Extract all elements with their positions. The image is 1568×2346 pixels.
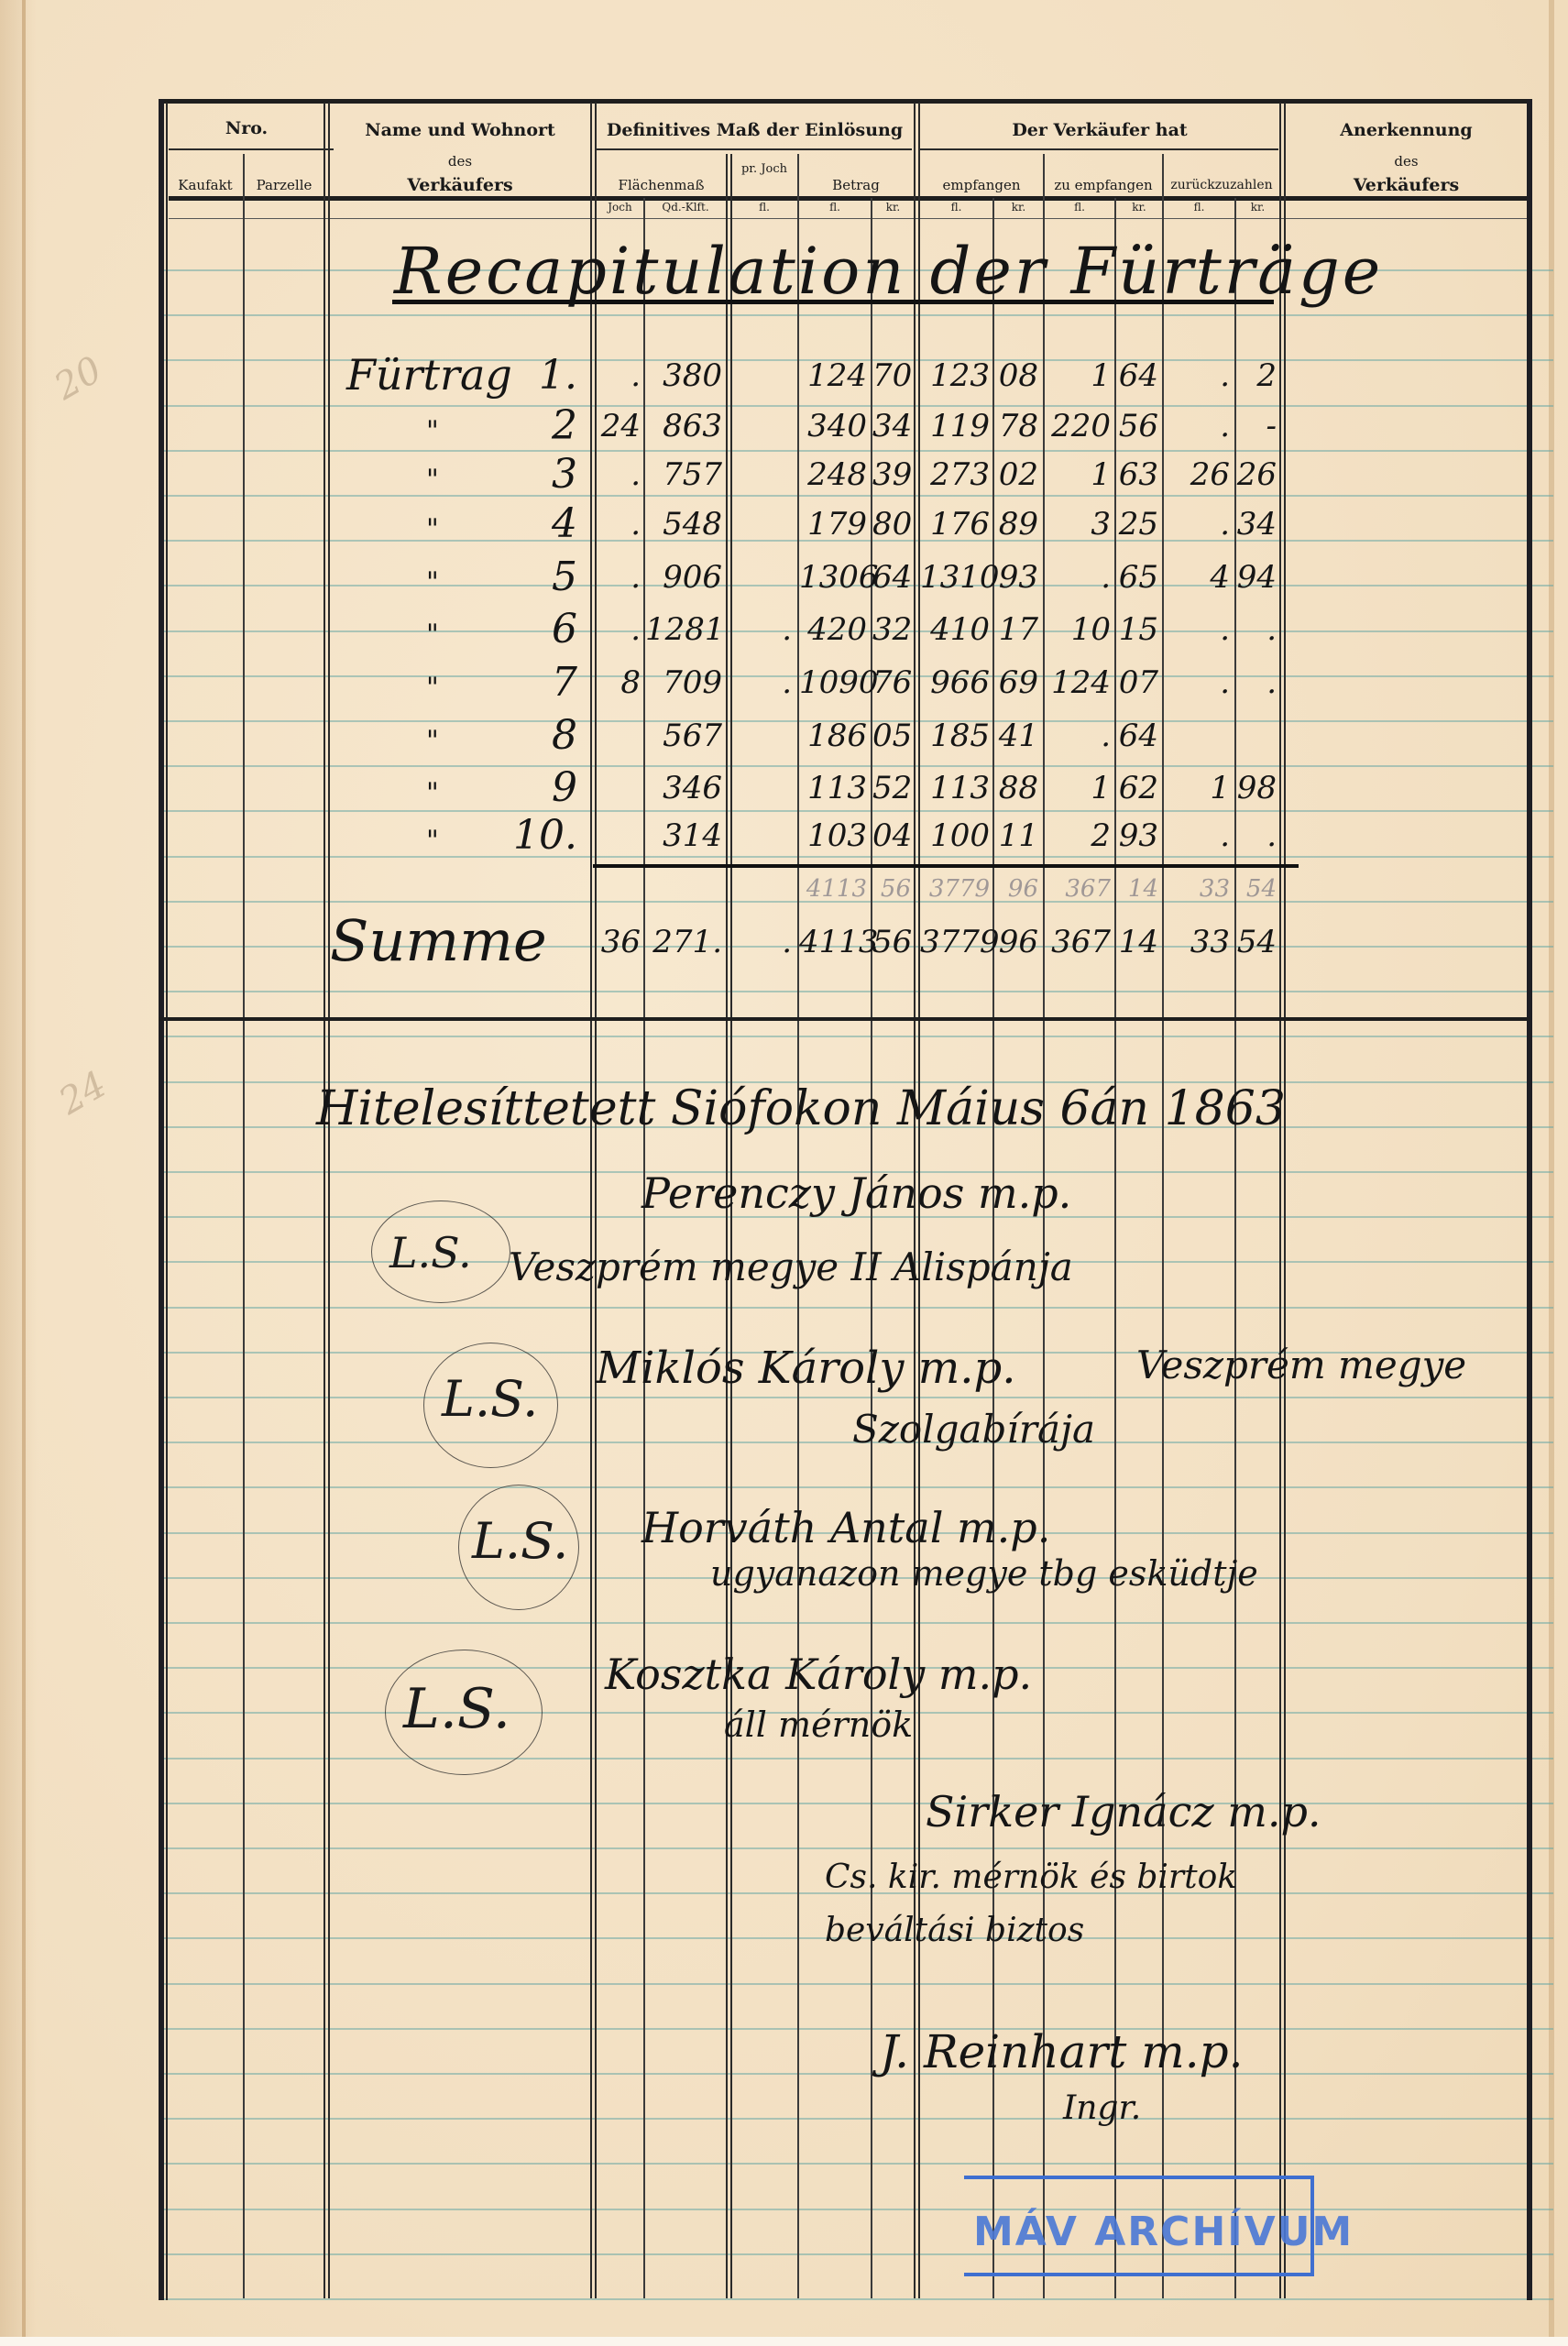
cell-zuempf-fl: 2 bbox=[1045, 817, 1111, 854]
ditto-mark: " bbox=[426, 566, 439, 598]
cell-klft: 314 bbox=[645, 817, 722, 854]
signature-name-2: Miklós Károly m.p. bbox=[596, 1343, 1016, 1394]
cell-zuempf-fl: . bbox=[1045, 718, 1111, 754]
cell-empf-fl: 410 bbox=[920, 611, 990, 648]
cell-empf-kr: 96 bbox=[994, 875, 1038, 903]
signature-title-1: Veszprém megye II Alispánja bbox=[509, 1244, 1073, 1289]
unit-zuempf-fl: fl. bbox=[1045, 201, 1114, 217]
cell-empf-kr: 78 bbox=[994, 408, 1038, 444]
unit-joch: Joch bbox=[597, 201, 643, 217]
cell-zurueck-fl: . bbox=[1164, 408, 1230, 444]
cell-empf-kr: 11 bbox=[994, 817, 1038, 854]
units-row-border bbox=[169, 218, 1527, 219]
cell-empf-fl: 123 bbox=[920, 357, 990, 394]
cell-empf-kr: 96 bbox=[994, 924, 1038, 960]
signature-title-6: Ingr. bbox=[1063, 2089, 1141, 2127]
col-line-name-a bbox=[323, 103, 325, 2298]
cell-empf-kr: 69 bbox=[994, 664, 1038, 701]
fuertrag-number: 8 bbox=[495, 712, 577, 759]
ditto-mark: " bbox=[426, 619, 439, 651]
cell-zurueck-fl: 26 bbox=[1164, 456, 1230, 493]
cell-empf-fl: 100 bbox=[920, 817, 990, 854]
header-parzelle: Parzelle bbox=[245, 178, 323, 193]
cell-zuempf-fl: 124 bbox=[1045, 664, 1111, 701]
cell-empf-fl: 1310 bbox=[920, 559, 990, 596]
header-betrag: Betrag bbox=[799, 178, 913, 193]
cell-empf-fl: 3779 bbox=[920, 924, 990, 960]
cell-zuempf-fl: . bbox=[1045, 559, 1111, 596]
cell-zurueck-kr: . bbox=[1236, 664, 1277, 701]
cell-klft: 1281 bbox=[645, 611, 722, 648]
ditto-mark: " bbox=[426, 777, 439, 809]
page-fold-left bbox=[22, 0, 26, 2346]
cell-joch: 36 bbox=[597, 924, 641, 960]
col-line-name-b bbox=[328, 103, 330, 2298]
col-line-anerk-b bbox=[1284, 103, 1286, 2298]
section-divider bbox=[159, 1017, 1530, 1021]
header-divider-nro bbox=[169, 148, 334, 150]
cell-klft: 271. bbox=[645, 924, 722, 960]
header-empfangen: empfangen bbox=[920, 178, 1043, 193]
header-mass: Definitives Maß der Einlösung bbox=[597, 121, 913, 141]
cell-zuempf-kr: 25 bbox=[1116, 506, 1158, 543]
cell-zuempf-kr: 14 bbox=[1116, 875, 1158, 903]
unit-empf-kr: kr. bbox=[994, 201, 1043, 217]
ruled-line bbox=[160, 1397, 1553, 1398]
cell-zurueck-kr: 26 bbox=[1236, 456, 1277, 493]
cell-zuempf-kr: 64 bbox=[1116, 718, 1158, 754]
ditto-mark: " bbox=[426, 725, 439, 757]
signature-name-5: Sirker Ignácz m.p. bbox=[926, 1787, 1321, 1836]
cell-zurueck-fl: 33 bbox=[1164, 924, 1230, 960]
cell-betrag-fl: 4113 bbox=[799, 875, 867, 903]
ditto-mark: " bbox=[426, 513, 439, 545]
cell-zuempf-kr: 62 bbox=[1116, 770, 1158, 806]
table-top-border bbox=[159, 99, 1532, 104]
cell-pr-joch: . bbox=[731, 664, 792, 701]
signature-title-3: ugyanazon megye tbg esküdtje bbox=[710, 1553, 1258, 1594]
header-zurueckzuzahlen: zurückzuzahlen bbox=[1164, 178, 1279, 192]
header-flaechenmass: Flächenmaß bbox=[597, 178, 726, 193]
cell-betrag-kr: 52 bbox=[872, 770, 911, 806]
cell-betrag-kr: 39 bbox=[872, 456, 911, 493]
cell-betrag-fl: 179 bbox=[799, 506, 867, 543]
cell-joch: . bbox=[597, 456, 641, 493]
cell-betrag-kr: 70 bbox=[872, 357, 911, 394]
cell-empf-fl: 273 bbox=[920, 456, 990, 493]
cell-joch: . bbox=[597, 357, 641, 394]
unit-zurueck-fl: fl. bbox=[1164, 201, 1234, 217]
cell-zuempf-fl: 10 bbox=[1045, 611, 1111, 648]
cell-betrag-kr: 76 bbox=[872, 664, 911, 701]
header-name-verkaeufers: Verkäufers bbox=[330, 176, 590, 196]
ruled-line bbox=[160, 450, 1553, 452]
cell-joch: . bbox=[597, 506, 641, 543]
page-bottom-edge bbox=[0, 2337, 1568, 2346]
cell-klft: 709 bbox=[645, 664, 722, 701]
ruled-line bbox=[160, 810, 1553, 812]
header-divider-mass bbox=[596, 148, 912, 150]
cell-zurueck-fl: 1 bbox=[1164, 770, 1230, 806]
cell-betrag-kr: 80 bbox=[872, 506, 911, 543]
cell-betrag-fl: 186 bbox=[799, 718, 867, 754]
ruled-line bbox=[160, 1622, 1553, 1624]
cell-zuempf-fl: 220 bbox=[1045, 408, 1111, 444]
header-zu-empfangen: zu empfangen bbox=[1045, 178, 1162, 193]
ruled-line bbox=[160, 2073, 1553, 2075]
cell-empf-kr: 93 bbox=[994, 559, 1038, 596]
cell-zuempf-kr: 65 bbox=[1116, 559, 1158, 596]
cell-empf-kr: 17 bbox=[994, 611, 1038, 648]
cell-empf-kr: 08 bbox=[994, 357, 1038, 394]
cell-joch: 8 bbox=[597, 664, 641, 701]
fuertrag-number: 4 bbox=[495, 500, 577, 547]
cell-pr-joch: . bbox=[731, 924, 792, 960]
cell-zuempf-kr: 64 bbox=[1116, 357, 1158, 394]
ruled-line bbox=[160, 1803, 1553, 1804]
unit-qd-klft: Qd.-Klft. bbox=[645, 201, 726, 217]
cell-empf-kr: 89 bbox=[994, 506, 1038, 543]
header-anerkennung-verkaeufers: Verkäufers bbox=[1286, 176, 1527, 196]
cell-zurueck-kr: 2 bbox=[1236, 357, 1277, 394]
cell-empf-kr: 41 bbox=[994, 718, 1038, 754]
seal-ls-2: L.S. bbox=[442, 1370, 538, 1428]
fuertrag-number: 10. bbox=[495, 812, 577, 859]
col-line-kaufakt bbox=[243, 154, 245, 2298]
cell-zurueck-kr: . bbox=[1236, 611, 1277, 648]
header-divider-verkaeufer bbox=[919, 148, 1278, 150]
signature-name-4: Kosztka Károly m.p. bbox=[605, 1650, 1032, 1699]
ruled-line bbox=[160, 2118, 1553, 2120]
header-verkaeufer-hat: Der Verkäufer hat bbox=[920, 121, 1279, 141]
ditto-mark: " bbox=[426, 825, 439, 857]
cell-zurueck-fl: . bbox=[1164, 611, 1230, 648]
cell-zuempf-kr: 14 bbox=[1116, 924, 1158, 960]
cell-zurueck-kr: . bbox=[1236, 817, 1277, 854]
seal-ls-1: L.S. bbox=[389, 1228, 472, 1277]
cell-betrag-fl: 124 bbox=[799, 357, 867, 394]
cell-zuempf-kr: 07 bbox=[1116, 664, 1158, 701]
ruled-line bbox=[160, 405, 1553, 407]
cell-zurueck-kr: 54 bbox=[1236, 924, 1277, 960]
cell-zurueck-fl: . bbox=[1164, 817, 1230, 854]
signature-title-4: áll mérnök bbox=[724, 1705, 913, 1745]
ruled-line bbox=[160, 1983, 1553, 1985]
cell-betrag-kr: 56 bbox=[872, 924, 911, 960]
ruled-line bbox=[160, 765, 1553, 767]
cell-zurueck-kr: 94 bbox=[1236, 559, 1277, 596]
unit-betrag-kr: kr. bbox=[872, 201, 914, 217]
col-line-prjoch-a bbox=[726, 154, 728, 2298]
attestation-line: Hitelesíttetett Siófokon Máius 6án 1863 bbox=[316, 1081, 1286, 1136]
ruled-line bbox=[160, 1307, 1553, 1309]
seal-ls-4: L.S. bbox=[403, 1677, 510, 1741]
cell-betrag-fl: 1306 bbox=[799, 559, 867, 596]
signature-name-1: Perenczy János m.p. bbox=[641, 1168, 1071, 1218]
cell-betrag-fl: 420 bbox=[799, 611, 867, 648]
cell-betrag-kr: 32 bbox=[872, 611, 911, 648]
cell-klft: 548 bbox=[645, 506, 722, 543]
cell-zuempf-kr: 63 bbox=[1116, 456, 1158, 493]
cell-joch: . bbox=[597, 611, 641, 648]
table-left-inner-border bbox=[166, 103, 168, 2300]
cell-zurueck-kr: - bbox=[1236, 408, 1277, 444]
cell-klft: 346 bbox=[645, 770, 722, 806]
fuertrag-number: 6 bbox=[495, 606, 577, 652]
cell-empf-fl: 113 bbox=[920, 770, 990, 806]
signature-title-2b: Szolgabírája bbox=[852, 1407, 1095, 1452]
signature-name-3: Horváth Antal m.p. bbox=[641, 1503, 1050, 1552]
seal-ls-3: L.S. bbox=[472, 1512, 568, 1570]
table-right-border bbox=[1527, 99, 1532, 2300]
header-anerkennung-des: des bbox=[1286, 154, 1527, 170]
ruled-line bbox=[160, 1758, 1553, 1759]
document-title: Recapitulation der Fürträge bbox=[394, 234, 1383, 309]
cell-zuempf-fl: 3 bbox=[1045, 506, 1111, 543]
cell-empf-fl: 185 bbox=[920, 718, 990, 754]
page-fold-right bbox=[1549, 0, 1554, 2346]
fuertrag-number: 1. bbox=[495, 352, 577, 399]
ruled-line bbox=[160, 1847, 1553, 1849]
cell-zurueck-fl: . bbox=[1164, 357, 1230, 394]
ruled-line bbox=[160, 2028, 1553, 2030]
cell-zuempf-kr: 93 bbox=[1116, 817, 1158, 854]
cell-empf-kr: 02 bbox=[994, 456, 1038, 493]
header-name: Name und Wohnort bbox=[330, 121, 590, 141]
signature-name-6: J. Reinhart m.p. bbox=[880, 2025, 1243, 2078]
ruled-line bbox=[160, 1486, 1553, 1488]
cell-empf-fl: 119 bbox=[920, 408, 990, 444]
ruled-line bbox=[160, 314, 1553, 316]
cell-klft: 863 bbox=[645, 408, 722, 444]
header-nro: Nro. bbox=[169, 119, 324, 139]
cell-zurueck-kr: 98 bbox=[1236, 770, 1277, 806]
signature-title-5: Cs. kir. mérnök és birtok beváltási bizt… bbox=[825, 1851, 1301, 1957]
ditto-mark: " bbox=[426, 415, 439, 447]
unit-betrag-fl: fl. bbox=[799, 201, 871, 217]
table-left-border bbox=[159, 99, 164, 2300]
cell-klft: 567 bbox=[645, 718, 722, 754]
cell-zuempf-fl: 367 bbox=[1045, 875, 1111, 903]
cell-betrag-fl: 1090 bbox=[799, 664, 867, 701]
fuertrag-label: Fürtrag bbox=[346, 350, 512, 400]
ruled-line bbox=[160, 495, 1553, 497]
cell-betrag-kr: 04 bbox=[872, 817, 911, 854]
cell-empf-fl: 966 bbox=[920, 664, 990, 701]
cell-betrag-kr: 56 bbox=[872, 875, 911, 903]
cell-betrag-fl: 4113 bbox=[799, 924, 867, 960]
cell-klft: 757 bbox=[645, 456, 722, 493]
cell-zurueck-kr: 54 bbox=[1236, 875, 1277, 903]
cell-zurueck-fl: 4 bbox=[1164, 559, 1230, 596]
cell-betrag-kr: 64 bbox=[872, 559, 911, 596]
col-line-prjoch-b bbox=[730, 154, 732, 2298]
fuertrag-number: 7 bbox=[495, 659, 577, 706]
cell-zuempf-kr: 15 bbox=[1116, 611, 1158, 648]
unit-zurueck-kr: kr. bbox=[1236, 201, 1279, 217]
ruled-line bbox=[160, 991, 1553, 992]
unit-zuempf-kr: kr. bbox=[1116, 201, 1162, 217]
fuertrag-number: 3 bbox=[495, 451, 577, 498]
fuertrag-number: 9 bbox=[495, 764, 577, 811]
cell-empf-kr: 88 bbox=[994, 770, 1038, 806]
cell-betrag-fl: 103 bbox=[799, 817, 867, 854]
cell-betrag-fl: 340 bbox=[799, 408, 867, 444]
cell-zurueck-kr: 34 bbox=[1236, 506, 1277, 543]
signature-title-2a: Veszprém megye bbox=[1136, 1343, 1466, 1387]
summe-label: Summe bbox=[330, 907, 547, 974]
header-anerkennung: Anerkennung bbox=[1286, 121, 1527, 141]
header-pr-joch: pr. Joch bbox=[731, 163, 797, 177]
ditto-mark: " bbox=[426, 672, 439, 704]
ruled-line bbox=[160, 2298, 1553, 2300]
cell-empf-fl: 176 bbox=[920, 506, 990, 543]
cell-betrag-kr: 34 bbox=[872, 408, 911, 444]
cell-betrag-fl: 113 bbox=[799, 770, 867, 806]
unit-prjoch-fl: fl. bbox=[731, 201, 797, 217]
cell-zuempf-fl: 1 bbox=[1045, 456, 1111, 493]
cell-klft: 906 bbox=[645, 559, 722, 596]
unit-empf-fl: fl. bbox=[920, 201, 992, 217]
cell-zurueck-fl: . bbox=[1164, 506, 1230, 543]
ditto-mark: " bbox=[426, 464, 439, 496]
cell-zuempf-kr: 56 bbox=[1116, 408, 1158, 444]
cell-pr-joch: . bbox=[731, 611, 792, 648]
cell-zuempf-fl: 1 bbox=[1045, 770, 1111, 806]
header-kaufakt: Kaufakt bbox=[169, 178, 242, 193]
title-underline bbox=[392, 300, 1274, 304]
cell-zuempf-fl: 1 bbox=[1045, 357, 1111, 394]
ruled-line bbox=[160, 2163, 1553, 2165]
fuertrag-number: 5 bbox=[495, 554, 577, 600]
cell-zurueck-fl: 33 bbox=[1164, 875, 1230, 903]
col-line-anerk-a bbox=[1279, 103, 1281, 2298]
archive-stamp-text: MÁV ARCHÍVUM bbox=[973, 2209, 1354, 2255]
cell-betrag-kr: 05 bbox=[872, 718, 911, 754]
ruled-line bbox=[160, 856, 1553, 858]
cell-klft: 380 bbox=[645, 357, 722, 394]
sum-rule bbox=[593, 864, 1299, 868]
cell-joch: . bbox=[597, 559, 641, 596]
cell-zuempf-fl: 367 bbox=[1045, 924, 1111, 960]
cell-betrag-fl: 248 bbox=[799, 456, 867, 493]
cell-joch: 24 bbox=[597, 408, 641, 444]
col-line-mass-a bbox=[590, 103, 592, 2298]
cell-empf-fl: 3779 bbox=[920, 875, 990, 903]
ruled-line bbox=[160, 1036, 1553, 1037]
fuertrag-number: 2 bbox=[495, 402, 577, 449]
header-name-des: des bbox=[330, 154, 590, 170]
cell-zurueck-fl: . bbox=[1164, 664, 1230, 701]
